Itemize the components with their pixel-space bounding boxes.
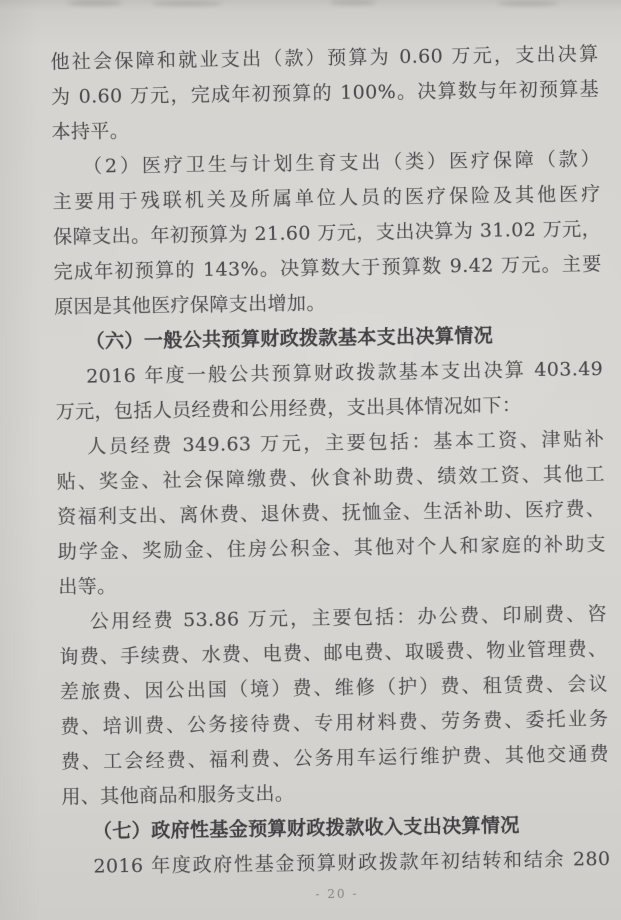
scan-smudge bbox=[498, 1, 558, 6]
scan-smudge bbox=[152, 1, 222, 6]
page-number: - 20 - bbox=[63, 883, 611, 905]
text-line: 2016 年度政府性基金预算财政拨款年初结转和结余 280 bbox=[62, 842, 610, 885]
scan-smudge bbox=[330, 0, 376, 5]
page-text-block: 他社会保障和就业支出（款）预算为 0.60 万元，支出决算 为 0.60 万元，… bbox=[50, 37, 611, 905]
scan-smudge bbox=[68, 0, 122, 6]
scanned-document-page: 他社会保障和就业支出（款）预算为 0.60 万元，支出决算 为 0.60 万元，… bbox=[0, 0, 621, 920]
